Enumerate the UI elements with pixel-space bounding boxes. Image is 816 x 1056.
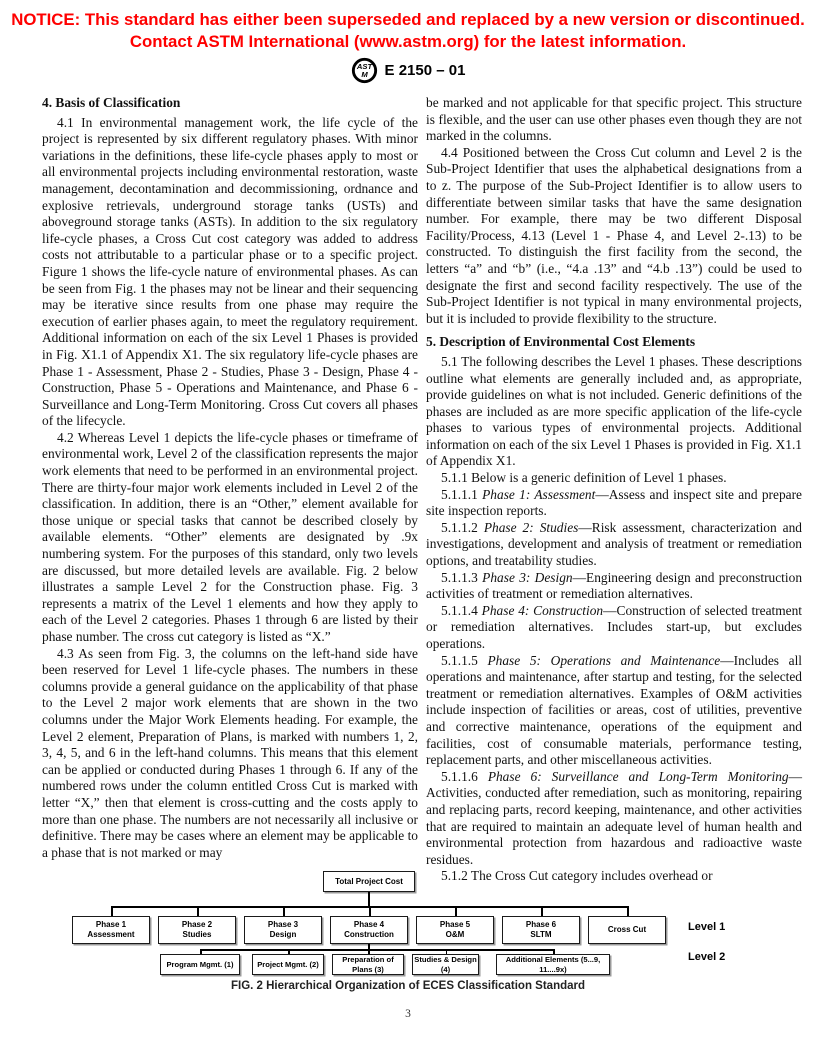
level1-box-title: Phase 3: [268, 920, 298, 930]
paragraph: 4.3 As seen from Fig. 3, the columns on …: [42, 646, 418, 862]
level1-box-title: Phase 5: [440, 920, 470, 930]
text-run: 5.1.1.1: [441, 487, 482, 502]
connector-line: [627, 906, 629, 916]
level1-box: Phase 5O&M: [416, 916, 494, 944]
connector-line: [368, 892, 370, 906]
level1-box-subtitle: Design: [270, 930, 297, 940]
level1-box-subtitle: O&M: [446, 930, 465, 940]
level1-box-subtitle: Assessment: [87, 930, 134, 940]
level2-box: Project Mgmt. (2): [252, 954, 324, 975]
text-run: 4.4 Positioned between the Cross Cut col…: [426, 145, 802, 326]
connector-line: [197, 906, 199, 916]
figure-caption: FIG. 2 Hierarchical Organization of ECES…: [0, 980, 816, 992]
connector-line: [541, 906, 543, 916]
level1-box-title: Phase 1: [96, 920, 126, 930]
notice-line-2: Contact ASTM International (www.astm.org…: [0, 31, 816, 53]
text-run: —Includes all operations and maintenance…: [426, 653, 802, 768]
paragraph: 5.1 The following describes the Level 1 …: [426, 354, 802, 470]
text-run: be marked and not applicable for that sp…: [426, 95, 802, 143]
text-run: 5.1.1 Below is a generic definition of L…: [441, 470, 727, 485]
level2-box: Program Mgmt. (1): [160, 954, 240, 975]
figure-root-box: Total Project Cost: [323, 871, 415, 892]
text-run: 4.2 Whereas Level 1 depicts the life-cyc…: [42, 430, 418, 644]
standard-designation: E 2150 – 01: [385, 62, 466, 79]
level1-box: Cross Cut: [588, 916, 666, 944]
connector-line: [455, 906, 457, 916]
level1-box-title: Phase 6: [526, 920, 556, 930]
connector-line: [283, 906, 285, 916]
paragraph: 5.1.1.4 Phase 4: Construction—Constructi…: [426, 603, 802, 653]
text-run: 5.1.1.2: [441, 520, 484, 535]
text-run: 5.1.1.4: [441, 603, 482, 618]
phase-name-italic: Phase 3: Design: [482, 570, 572, 585]
connector-line: [369, 906, 371, 916]
paragraph: 5.1.2 The Cross Cut category includes ov…: [426, 868, 802, 885]
text-column-left: 4. Basis of Classification4.1 In environ…: [42, 95, 418, 861]
paragraph: 5.1.1.6 Phase 6: Surveillance and Long-T…: [426, 769, 802, 869]
level2-box: Additional Elements (5...9, 11....9x): [496, 954, 610, 975]
svg-text:M: M: [361, 70, 368, 79]
page-number: 3: [0, 1008, 816, 1020]
level-2-label: Level 2: [688, 951, 725, 963]
paragraph: 4.2 Whereas Level 1 depicts the life-cyc…: [42, 430, 418, 646]
paragraph: 4.4 Positioned between the Cross Cut col…: [426, 145, 802, 328]
document-page: NOTICE: This standard has either been su…: [0, 0, 816, 1056]
figure-root-label: Total Project Cost: [335, 877, 403, 887]
astm-logo-icon: AST M: [351, 57, 378, 84]
paragraph: 5.1.1.5 Phase 5: Operations and Maintena…: [426, 653, 802, 769]
phase-name-italic: Phase 1: Assessment: [482, 487, 595, 502]
notice-line-1: NOTICE: This standard has either been su…: [0, 9, 816, 31]
text-run: 5.1 The following describes the Level 1 …: [426, 354, 802, 469]
document-id-line: AST M E 2150 – 01: [0, 57, 816, 84]
level1-box-subtitle: SLTM: [530, 930, 551, 940]
connector-line: [111, 906, 113, 916]
level1-box: Phase 2Studies: [158, 916, 236, 944]
level1-box: Phase 3Design: [244, 916, 322, 944]
paragraph: 4.1 In environmental management work, th…: [42, 115, 418, 430]
level1-box: Phase 6SLTM: [502, 916, 580, 944]
superseded-notice: NOTICE: This standard has either been su…: [0, 9, 816, 52]
level1-box-title: Phase 2: [182, 920, 212, 930]
level1-box-title: Cross Cut: [608, 925, 646, 935]
level2-box: Preparation of Plans (3): [332, 954, 404, 975]
level1-box: Phase 4Construction: [330, 916, 408, 944]
phase-name-italic: Phase 4: Construction: [482, 603, 603, 618]
section-heading: 5. Description of Environmental Cost Ele…: [426, 334, 802, 351]
text-run: 5.1.1.5: [441, 653, 487, 668]
section-heading: 4. Basis of Classification: [42, 95, 418, 112]
text-run: 5.1.1.6: [441, 769, 488, 784]
level-1-label: Level 1: [688, 921, 725, 933]
level1-box: Phase 1Assessment: [72, 916, 150, 944]
paragraph: 5.1.1.2 Phase 2: Studies—Risk assessment…: [426, 520, 802, 570]
text-column-right: be marked and not applicable for that sp…: [426, 95, 802, 885]
phase-name-italic: Phase 6: Surveillance and Long-Term Moni…: [488, 769, 789, 784]
paragraph: be marked and not applicable for that sp…: [426, 95, 802, 145]
level1-box-title: Phase 4: [354, 920, 384, 930]
phase-name-italic: Phase 2: Studies: [484, 520, 579, 535]
connector-line: [200, 949, 555, 951]
text-run: 4.3 As seen from Fig. 3, the columns on …: [42, 646, 418, 860]
level2-box: Studies & Design (4): [412, 954, 479, 975]
text-run: 5.1.1.3: [441, 570, 482, 585]
text-run: 5.1.2 The Cross Cut category includes ov…: [441, 868, 713, 883]
paragraph: 5.1.1.3 Phase 3: Design—Engineering desi…: [426, 570, 802, 603]
phase-name-italic: Phase 5: Operations and Maintenance: [487, 653, 720, 668]
text-run: 4.1 In environmental management work, th…: [42, 115, 418, 429]
level1-box-subtitle: Construction: [344, 930, 394, 940]
paragraph: 5.1.1 Below is a generic definition of L…: [426, 470, 802, 487]
level1-box-subtitle: Studies: [183, 930, 212, 940]
paragraph: 5.1.1.1 Phase 1: Assessment—Assess and i…: [426, 487, 802, 520]
